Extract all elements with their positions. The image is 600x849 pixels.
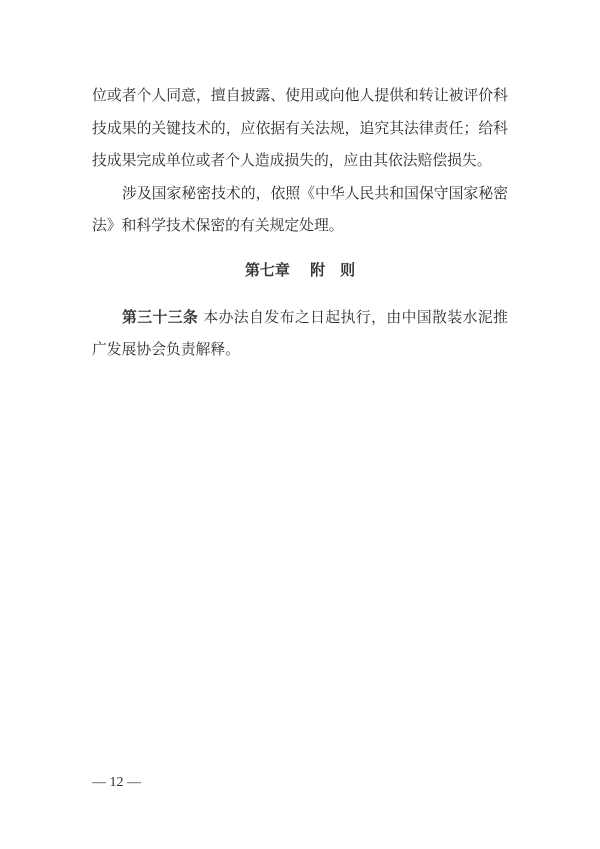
body-text-line: 法》和科学技术保密的有关规定处理。 xyxy=(92,216,508,236)
article-33-line-1: 第三十三条 本办法自发布之日起执行，由中国散装水泥推 xyxy=(122,308,508,328)
article-label: 第三十三条 xyxy=(122,309,198,326)
body-text-line: 位或者个人同意，擅自披露、使用或向他人提供和转让被评价科 xyxy=(92,86,508,106)
body-text-line: 涉及国家秘密技术的，依照《中华人民共和国保守国家秘密 xyxy=(122,184,508,204)
body-text-line: 技成果的关键技术的，应依据有关法规，追究其法律责任；给科 xyxy=(92,119,508,139)
body-text-line: 技成果完成单位或者个人造成损失的，应由其依法赔偿损失。 xyxy=(92,151,508,171)
article-text: 本办法自发布之日起执行，由中国散装水泥推 xyxy=(198,309,508,326)
article-33-line-2: 广发展协会负责解释。 xyxy=(92,340,508,360)
chapter-heading: 第七章 附 则 xyxy=(0,260,600,280)
page-number: — 12 — xyxy=(92,774,141,792)
document-page: 位或者个人同意，擅自披露、使用或向他人提供和转让被评价科 技成果的关键技术的，应… xyxy=(0,0,600,849)
